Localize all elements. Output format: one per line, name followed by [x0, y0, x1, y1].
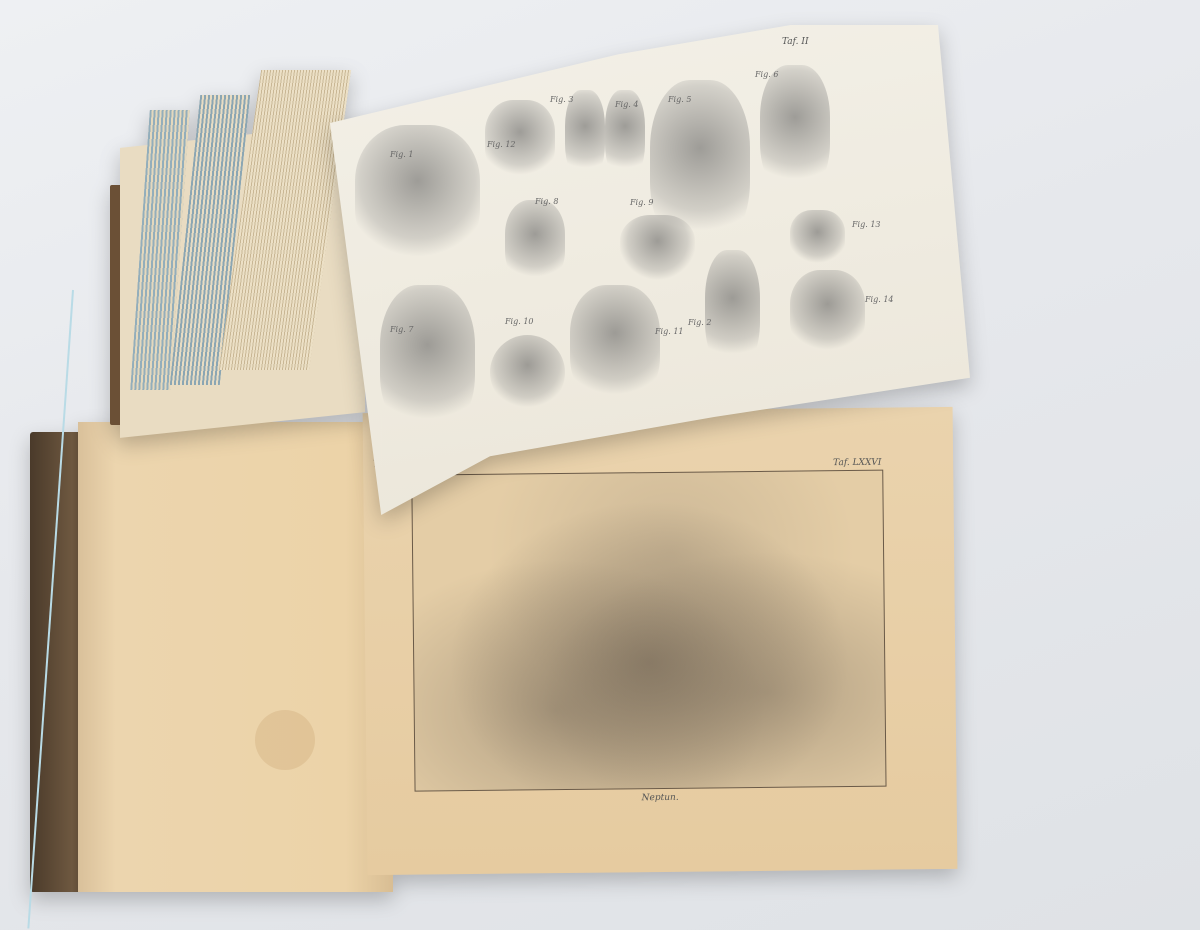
figure-shell — [490, 335, 565, 410]
page-stain — [255, 710, 315, 770]
figure-turtle-rider — [570, 285, 660, 405]
figure-embrace — [355, 125, 480, 265]
fig-label: Fig. 1 — [390, 150, 413, 159]
fig-label: Fig. 14 — [865, 295, 894, 304]
figure-column — [705, 250, 760, 370]
fig-label: Fig. 9 — [630, 198, 653, 207]
fig-label: Fig. 8 — [535, 197, 558, 206]
figure-multiarmed — [380, 285, 475, 435]
fig-label: Fig. 6 — [755, 70, 778, 79]
neptune-engraving — [411, 470, 886, 792]
engraving-caption: Neptun. — [642, 793, 679, 803]
fig-label: Fig. 7 — [390, 325, 413, 334]
figure-wheel — [620, 215, 695, 280]
figure-triangle — [790, 210, 845, 265]
fig-label: Fig. 11 — [655, 327, 684, 336]
fig-label: Fig. 13 — [852, 220, 881, 229]
figure-head — [505, 200, 565, 285]
fig-label: Fig. 3 — [550, 95, 573, 104]
fig-label: Fig. 2 — [688, 318, 711, 327]
figure-enthroned — [760, 65, 830, 195]
fig-label: Fig. 12 — [487, 140, 516, 149]
plate-number-small: Taf. II — [782, 37, 809, 47]
fig-label: Fig. 5 — [668, 95, 691, 104]
fig-label: Fig. 10 — [505, 317, 534, 326]
figure-three — [790, 270, 865, 355]
folded-plate: Taf. II Fig. 1 Fig. 12 Fig. 3 Fig. 4 Fig… — [330, 25, 970, 515]
fig-label: Fig. 4 — [615, 100, 638, 109]
